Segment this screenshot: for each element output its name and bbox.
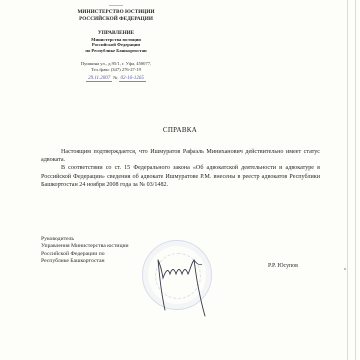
registration-date: 29.11.2007: [86, 76, 112, 82]
signatory-title: Руководитель Управления Министерства юст…: [41, 236, 129, 266]
body-paragraph-1: Настоящим подтверждается, что Ишмуратов …: [41, 148, 320, 164]
signatory-line-1: Руководитель: [41, 236, 129, 243]
document-body: Настоящим подтверждается, что Ишмуратов …: [41, 148, 320, 189]
letterhead: МИНИСТЕРСТВО ЮСТИЦИИ РОССИЙСКОЙ ФЕДЕРАЦИ…: [62, 0, 170, 82]
signatory-line-2: Управления Министерства юстиции: [41, 243, 129, 250]
scan-edge-line: [347, 0, 348, 360]
body-paragraph-2: В соответствии со ст. 15 Федерального за…: [41, 164, 320, 189]
scan-edge-line: [355, 0, 356, 360]
document-title: СПРАВКА: [0, 126, 360, 134]
address: Пушкина ул., д.95/1, г. Уфа, 450077, Тел…: [62, 61, 170, 73]
signer-name: Р.Р. Юсупов: [268, 263, 298, 269]
registration-number-label: №: [113, 75, 117, 80]
signatory-line-4: Республике Башкортостан: [41, 258, 129, 265]
ministry-line-1: МИНИСТЕРСТВО ЮСТИЦИИ: [62, 9, 170, 16]
emblem-icon: [109, 0, 123, 6]
registration-number: 02-16-1265: [119, 76, 146, 82]
department-name: Министерства юстиции Российской Федераци…: [62, 37, 170, 54]
registration-line: 29.11.2007№02-16-1265: [62, 74, 170, 82]
ministry-name: МИНИСТЕРСТВО ЮСТИЦИИ РОССИЙСКОЙ ФЕДЕРАЦИ…: [62, 9, 170, 22]
department-line-3: по Республике Башкортостан: [62, 48, 170, 54]
scan-speck: [344, 268, 346, 270]
handwritten-signature-icon: [150, 250, 230, 322]
document-page: МИНИСТЕРСТВО ЮСТИЦИИ РОССИЙСКОЙ ФЕДЕРАЦИ…: [0, 0, 360, 360]
phone-fax: Тел./факс (347) 276-27-19: [62, 67, 170, 73]
ministry-line-2: РОССИЙСКОЙ ФЕДЕРАЦИИ: [62, 16, 170, 23]
